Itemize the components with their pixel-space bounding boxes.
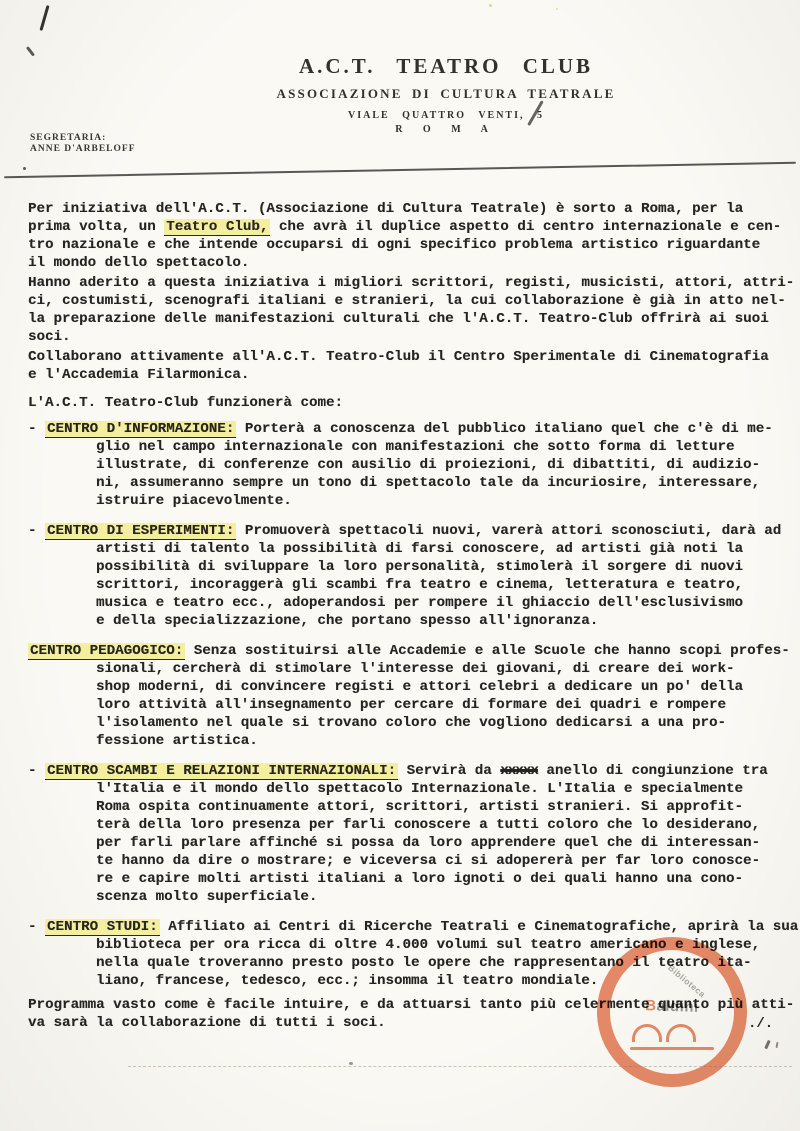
- paragraph: Collaborano attivamente all'A.C.T. Teatr…: [28, 348, 800, 384]
- letterhead-divider: [4, 162, 796, 179]
- text-line: CENTRO PEDAGOGICO: Senza sostituirsi all…: [28, 642, 800, 660]
- secretary-block: SEGRETARIA: ANNE D'ARBELOFF: [30, 133, 136, 155]
- paragraph: Per iniziativa dell'A.C.T. (Associazione…: [28, 200, 800, 272]
- stamp-name-initial: B: [645, 997, 657, 1014]
- text-segment: soci.: [28, 329, 71, 345]
- pen-mark: [26, 46, 35, 56]
- text-segment: Hanno aderito a questa iniziativa i migl…: [28, 275, 794, 291]
- text-segment: la preparazione delle manifestazioni cul…: [28, 311, 769, 327]
- highlighted-text: CENTRO PEDAGOGICO:: [28, 643, 185, 660]
- text-segment: possibilità di sviluppare la loro person…: [96, 559, 743, 575]
- ink-dot: [349, 1062, 353, 1065]
- text-segment: ni, assumeranno sempre un tono di spetta…: [96, 475, 760, 491]
- text-segment: Collaborano attivamente all'A.C.T. Teatr…: [28, 349, 769, 365]
- book-base: [630, 1047, 714, 1051]
- highlighted-text: CENTRO D'INFORMAZIONE:: [45, 421, 236, 438]
- text-line: e della specializzazione, che portano sp…: [28, 612, 800, 630]
- secretary-label: SEGRETARIA:: [30, 133, 136, 144]
- text-segment: te hanno da dire o mostrare; e viceversa…: [96, 853, 760, 869]
- text-segment: e l'Accademia Filarmonica.: [28, 367, 249, 383]
- text-segment: va sarà la collaborazione di tutti i soc…: [28, 1015, 386, 1031]
- text-line: scrittori, incoraggerà gli scambi fra te…: [28, 576, 800, 594]
- text-segment: Servirà da: [398, 763, 500, 779]
- text-line: illustrate, di conferenze con ausilio di…: [28, 456, 800, 474]
- text-line: Roma ospita continuamente attori, scritt…: [28, 798, 800, 816]
- text-line: - CENTRO STUDI: Affiliato ai Centri di R…: [28, 918, 800, 936]
- text-segment: shop moderni, di convincere registi e at…: [96, 679, 743, 695]
- text-line: te hanno da dire o mostrare; e viceversa…: [28, 852, 800, 870]
- text-line: scenza molto superficiale.: [28, 888, 800, 906]
- paragraph: Hanno aderito a questa iniziativa i migl…: [28, 274, 800, 346]
- text-segment: istruire piacevolmente.: [96, 493, 292, 509]
- text-segment: Senza sostituirsi alle Accademie e alle …: [185, 643, 790, 659]
- organization-city: R O M A: [46, 124, 800, 135]
- text-segment: Roma ospita continuamente attori, scritt…: [96, 799, 743, 815]
- text-line: possibilità di sviluppare la loro person…: [28, 558, 800, 576]
- text-segment: Promuoverà spettacoli nuovi, varerà atto…: [236, 523, 781, 539]
- highlighted-text: Teatro Club,: [164, 219, 270, 236]
- pen-mark: [39, 5, 49, 31]
- text-line: Collaborano attivamente all'A.C.T. Teatr…: [28, 348, 800, 366]
- text-segment: liano, francese, tedesco, ecc.; insomma …: [96, 973, 598, 989]
- text-segment: per farli parlare affinché si possa da l…: [96, 835, 760, 851]
- text-segment: scrittori, incoraggerà gli scambi fra te…: [96, 577, 743, 593]
- secretary-name: ANNE D'ARBELOFF: [30, 144, 136, 155]
- organization-address: VIALE QUATTRO VENTI, 5: [46, 110, 800, 121]
- stamp-collection-label: Biblioteca: [666, 963, 707, 1000]
- text-line: soci.: [28, 328, 800, 346]
- paragraph: - CENTRO D'INFORMAZIONE: Porterà a conos…: [28, 420, 800, 510]
- text-segment: musica e teatro ecc., adoperandosi per r…: [96, 595, 743, 611]
- text-line: tro nazionale e che intende occuparsi di…: [28, 236, 800, 254]
- pen-mark: [775, 1042, 778, 1048]
- stamp-name: Baldini: [610, 996, 735, 1017]
- text-line: l'isolamento nel quale si trovano coloro…: [28, 714, 800, 732]
- text-segment: illustrate, di conferenze con ausilio di…: [96, 457, 760, 473]
- text-line: l'Italia e il mondo dello spettacolo Int…: [28, 780, 800, 798]
- highlighted-text: CENTRO STUDI:: [45, 919, 160, 936]
- text-line: istruire piacevolmente.: [28, 492, 800, 510]
- open-book-icon: [630, 1024, 714, 1050]
- struck-out-text: xxxxx: [500, 763, 538, 779]
- text-segment: -: [28, 763, 45, 779]
- text-segment: l'Italia e il mondo dello spettacolo Int…: [96, 781, 743, 797]
- pen-mark: [764, 1040, 770, 1049]
- end-of-document-mark: ./.: [748, 1016, 773, 1032]
- text-segment: -: [28, 919, 45, 935]
- text-segment: il mondo dello spettacolo.: [28, 255, 249, 271]
- paragraph: L'A.C.T. Teatro-Club funzionerà come:: [28, 394, 800, 412]
- text-line: musica e teatro ecc., adoperandosi per r…: [28, 594, 800, 612]
- paper-speck: [489, 4, 492, 7]
- text-line: Hanno aderito a questa iniziativa i migl…: [28, 274, 800, 292]
- paragraph: - CENTRO DI ESPERIMENTI: Promuoverà spet…: [28, 522, 800, 630]
- text-segment: Affiliato ai Centri di Ricerche Teatrali…: [160, 919, 799, 935]
- highlighted-text: CENTRO DI ESPERIMENTI:: [45, 523, 236, 540]
- text-segment: prima volta, un: [28, 219, 164, 235]
- text-line: prima volta, un Teatro Club, che avrà il…: [28, 218, 800, 236]
- organization-title: A.C.T. TEATRO CLUB: [46, 54, 800, 79]
- highlighted-text: CENTRO SCAMBI E RELAZIONI INTERNAZIONALI…: [45, 763, 398, 780]
- text-segment: l'isolamento nel quale si trovano coloro…: [96, 715, 726, 731]
- text-segment: artisti di talento la possibilità di far…: [96, 541, 743, 557]
- organization-subtitle: ASSOCIAZIONE DI CULTURA TEATRALE: [46, 86, 800, 102]
- text-segment: Porterà a conoscenza del pubblico italia…: [236, 421, 772, 437]
- stamp-name-rest: aldini: [656, 997, 699, 1015]
- text-line: - CENTRO D'INFORMAZIONE: Porterà a conos…: [28, 420, 800, 438]
- text-segment: fessione artistica.: [96, 733, 258, 749]
- text-line: glio nel campo internazionale con manife…: [28, 438, 800, 456]
- letterhead: A.C.T. TEATRO CLUB ASSOCIAZIONE DI CULTU…: [46, 54, 800, 135]
- text-segment: ci, costumisti, scenografi italiani e st…: [28, 293, 786, 309]
- text-line: la preparazione delle manifestazioni cul…: [28, 310, 800, 328]
- text-line: L'A.C.T. Teatro-Club funzionerà come:: [28, 394, 800, 412]
- text-line: - CENTRO DI ESPERIMENTI: Promuoverà spet…: [28, 522, 800, 540]
- text-line: re e capire molti artisti italiani a lor…: [28, 870, 800, 888]
- text-segment: -: [28, 421, 45, 437]
- text-segment: -: [28, 523, 45, 539]
- scan-crease-line: [128, 1066, 792, 1067]
- book-page-right: [666, 1024, 696, 1042]
- text-segment: Per iniziativa dell'A.C.T. (Associazione…: [28, 201, 743, 217]
- document-body: Per iniziativa dell'A.C.T. (Associazione…: [28, 200, 800, 1032]
- text-line: ni, assumeranno sempre un tono di spetta…: [28, 474, 800, 492]
- text-segment: e della specializzazione, che portano sp…: [96, 613, 598, 629]
- text-segment: tro nazionale e che intende occuparsi di…: [28, 237, 760, 253]
- text-line: ci, costumisti, scenografi italiani e st…: [28, 292, 800, 310]
- text-line: - CENTRO SCAMBI E RELAZIONI INTERNAZIONA…: [28, 762, 800, 780]
- text-segment: glio nel campo internazionale con manife…: [96, 439, 735, 455]
- ink-dot: [23, 167, 26, 170]
- text-line: Per iniziativa dell'A.C.T. (Associazione…: [28, 200, 800, 218]
- text-segment: terà della loro presenza per farli conos…: [96, 817, 760, 833]
- paragraph: CENTRO PEDAGOGICO: Senza sostituirsi all…: [28, 642, 800, 750]
- text-line: e l'Accademia Filarmonica.: [28, 366, 800, 384]
- scanned-letter-page: { "colors": { "paper": "#fbf9f4", "ink":…: [0, 0, 800, 1131]
- text-line: loro attività all'insegnamento per cerca…: [28, 696, 800, 714]
- text-line: fessione artistica.: [28, 732, 800, 750]
- text-line: terà della loro presenza per farli conos…: [28, 816, 800, 834]
- text-line: il mondo dello spettacolo.: [28, 254, 800, 272]
- paragraph: - CENTRO SCAMBI E RELAZIONI INTERNAZIONA…: [28, 762, 800, 906]
- text-segment: L'A.C.T. Teatro-Club funzionerà come:: [28, 395, 343, 411]
- text-segment: anello di congiunzione tra: [538, 763, 768, 779]
- text-line: sionali, cercherà di stimolare l'interes…: [28, 660, 800, 678]
- text-segment: sionali, cercherà di stimolare l'interes…: [96, 661, 735, 677]
- text-line: shop moderni, di convincere registi e at…: [28, 678, 800, 696]
- book-page-left: [632, 1024, 662, 1042]
- text-segment: re e capire molti artisti italiani a lor…: [96, 871, 743, 887]
- library-stamp: Biblioteca Baldini: [597, 937, 747, 1087]
- text-segment: che avrà il duplice aspetto di centro in…: [270, 219, 781, 235]
- text-line: artisti di talento la possibilità di far…: [28, 540, 800, 558]
- paper-speck: [556, 8, 558, 10]
- text-segment: scenza molto superficiale.: [96, 889, 317, 905]
- text-segment: loro attività all'insegnamento per cerca…: [96, 697, 726, 713]
- text-line: per farli parlare affinché si possa da l…: [28, 834, 800, 852]
